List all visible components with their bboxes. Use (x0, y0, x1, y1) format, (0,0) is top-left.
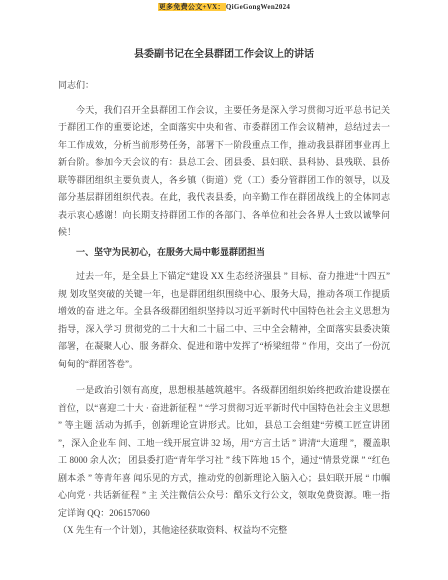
section-heading-1: 一、坚守为民初心，在服务大局中彰显群团担当 (58, 244, 390, 262)
document-title: 县委副书记在全县群团工作会议上的讲话 (58, 45, 390, 60)
document-body: 县委副书记在全县群团工作会议上的讲话 同志们： 今天，我们召开全县群团工作会议，… (58, 45, 390, 540)
paragraph-political-guidance: 一是政治引领有高度，思想根基越筑越牢。各级群团组织始终把政治建设摆在首位，以“喜… (58, 382, 390, 522)
paragraph-opening: 今天，我们召开全县群团工作会议，主要任务是深入学习贯彻习近平总书记关于群团工作的… (58, 102, 390, 242)
footnote-line: （X 先生有一个计划），其他途径获取资料、权益均不完整 (58, 522, 390, 540)
promo-header: 更多免费公文+VX：QiGeGongWen2024 (0, 0, 448, 12)
paragraph-review: 过去一年，是全县上下锚定“建设 XX 生态经济强县 ” 目标、奋力推进“十四五”… (58, 268, 390, 373)
document-page: 更多免费公文+VX：QiGeGongWen2024 县委副书记在全县群团工作会议… (0, 0, 448, 580)
promo-highlight-text: 更多免费公文+VX： (158, 3, 226, 11)
promo-account-text: QiGeGongWen2024 (226, 3, 290, 11)
salutation: 同志们： (58, 77, 390, 95)
